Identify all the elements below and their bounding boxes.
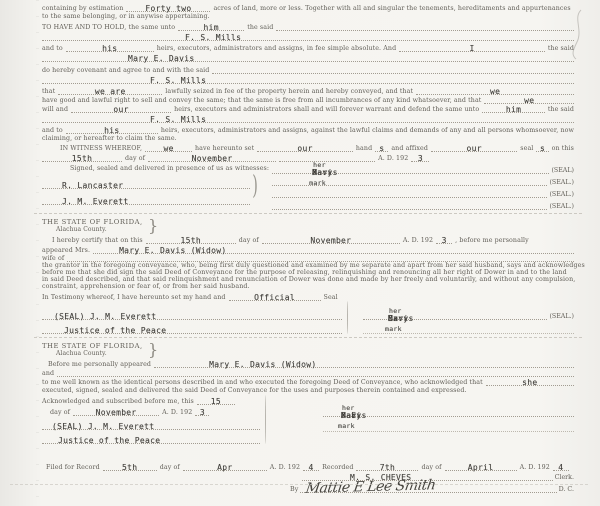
seal-label: (SEAL.) [549,313,574,320]
form-text: IN WITNESS WHEREOF, [60,145,142,152]
form-text: containing by estimation [42,5,123,12]
seal-row-2: (SEAL.) [272,174,574,186]
form-text: and affixed [391,145,428,152]
seal-label: (SEAL.) [549,179,574,186]
certify-line: I hereby certify that on this 15th day o… [42,234,574,244]
typed-grantor-name: Mary E. Davis [128,54,195,63]
column-divider [347,301,348,334]
typed-name: F. S. Mills [150,76,206,85]
blank: we [416,86,574,95]
blank: him [178,22,244,31]
form-text: and to [42,45,63,52]
seal-row-1: Mary her X mark Davis (SEAL) [272,162,574,174]
signature-line: Mary her X mark Davis [272,162,549,174]
form-text: day of [239,237,259,244]
typed-officer-title: Justice of the Peace [58,436,160,445]
dower-acknowledgment-section: THE STATE OF FLORIDA, Alachua County. } … [42,218,574,334]
estimation-line: containing by estimation Forty two acres… [42,3,574,12]
form-text: Acknowledged and subscribed before me, t… [42,398,194,405]
typed-filed-day: 5th [122,463,137,472]
form-text: hand [356,145,372,152]
form-text: Signed, sealed and delivered in presence… [70,165,269,172]
county-label: Alachua County. [56,350,107,357]
blank: 3 [411,153,429,162]
acknowledged-line: Acknowledged and subscribed before me, t… [42,395,260,405]
signature-line [272,186,547,198]
form-text: day of [160,464,180,471]
by-label: By [290,486,298,493]
form-text: acres of land, more or less. Together wi… [213,5,570,12]
form-text: heirs, executors, administrators and ass… [157,45,396,52]
typed-officer: (SEAL) J. M. Everett [54,312,156,321]
right-line: have good and lawful right to sell and c… [42,95,574,104]
form-text: to me well known as the identical person… [42,379,483,386]
blank: we [484,95,574,104]
acres-blank: Forty two [126,3,210,12]
state-label: THE STATE OF FLORIDA, [42,218,143,226]
form-text: day of [50,409,70,416]
form-text: , before me personally [455,237,529,244]
blank: his [66,125,158,134]
signature-line: Justice of the Peace [42,322,342,334]
covenant-line: do hereby covenant and agree to and with… [42,65,574,74]
section-separator [34,213,582,214]
form-text: wife of [42,255,64,262]
maker-sig-row: Mary her Ex mark Davis (SEAL.) [363,308,574,320]
form-text: heirs, executors, administrators and ass… [161,127,574,134]
county-label: Alachua County. [56,226,107,233]
deputy-clerk-signature: Mattie E Lee Smith [305,477,437,496]
before-line: Before me personally appeared Mary E. Da… [42,358,574,368]
form-text: A. D. 192 [520,464,550,471]
typed-witness1: R. Lancaster [62,181,123,190]
venue-brace: } [148,340,158,359]
scan-margin-artifact [36,0,39,506]
clerk-line: M. S. CHEVES Clerk. [42,471,574,481]
blank: 15th [42,153,122,162]
seal-label: (SEAL.) [549,191,574,198]
officer-column: (SEAL) J. M. Everett Justice of the Peac… [42,301,342,334]
maker-column: Mary her X E mark Davis [271,395,574,444]
signature-line [272,198,547,210]
and-line: and [42,369,574,377]
estimation-cont: to the same belonging, or in anywise app… [42,12,574,20]
mark-underline-row [323,420,574,432]
execution-date-line: 15th day of November A. D. 192 3 [42,152,574,162]
signature-line [272,174,547,186]
seals-column: Mary her X mark Davis (SEAL) (SEAL. [260,162,574,210]
signature-line [323,420,574,432]
signature-line: J. M. Everett [42,193,250,205]
signature-line [363,322,574,334]
blank: 15 [197,396,235,405]
blank: November [73,407,159,416]
typed-year: 3 [200,408,205,417]
witnesses-column: Signed, sealed and delivered in presence… [42,162,250,210]
form-text: and [42,370,54,377]
column-divider [265,395,266,444]
officer-sig-row: (SEAL) J. M. Everett [42,308,342,320]
officer-sig-row: (SEAL) J. M. Everett [42,418,260,430]
officer-signature-block: (SEAL) J. M. Everett Justice of the Peac… [42,301,574,334]
typed-recorded-year: 4 [558,463,563,472]
blank: s [536,143,548,152]
venue-block: THE STATE OF FLORIDA, Alachua County. } [42,218,574,234]
filed-for-record-line: Filed for Record 5th day of Apr A. D. 19… [42,460,574,471]
blank: 3 [436,235,452,244]
signature-line: Mary her X E mark Davis [323,405,574,417]
acknowledged-block: Acknowledged and subscribed before me, t… [42,395,574,444]
grantee-name-row: F. S. Mills [42,31,574,41]
form-text: and to [42,127,63,134]
seal-row-3: (SEAL.) [272,186,574,198]
form-text: the said [247,24,273,31]
typed-name: F. S. Mills [150,115,206,124]
form-text: Recorded [322,464,353,471]
form-text: Before me personally appeared [48,361,151,368]
blank [67,253,574,262]
seal-label: (SEAL.) [549,203,574,210]
form-text: A. D. 192 [162,409,192,416]
mark-underline-row [363,322,574,334]
typed-filed-month: Apr [217,463,232,472]
blank: I [399,43,545,52]
blank [212,65,574,74]
blank [276,22,574,31]
to-have-line: TO HAVE AND TO HOLD, the same unto him t… [42,22,574,31]
deed-document: containing by estimation Forty two acres… [42,3,574,493]
grantor-name-row: Mary E. Davis [42,52,574,62]
form-text: I hereby certify that on this [52,237,143,244]
form-text: Filed for Record [46,464,100,471]
scanned-deed-page: containing by estimation Forty two acres… [0,0,600,506]
dc-label: D. C. [559,486,574,493]
form-text: A. D. 192 [403,237,433,244]
heirs-line: and to his heirs, executors, administrat… [42,43,574,52]
form-text: the said [548,106,574,113]
typed-officer-title: Justice of the Peace [64,326,166,335]
form-text: lawfully seized in fee of the property h… [165,88,413,95]
form-text: day of [125,155,145,162]
blank: she [486,377,574,386]
witness-signature-block: Signed, sealed and delivered in presence… [42,162,574,210]
witness2-row: J. M. Everett [42,193,250,205]
execution-acknowledgment-section: THE STATE OF FLORIDA, Alachua County. } … [42,342,574,444]
claims-cont: claiming, or hereafter to claim the same… [42,134,574,142]
signature-line: (SEAL) J. M. Everett [42,308,342,320]
claims-line: and to his heirs, executors, administrat… [42,125,574,134]
form-text: heirs, executors and administrators shal… [174,106,479,113]
witness1-row: R. Lancaster [42,177,250,189]
blank: 4 [553,462,569,471]
seal-row-4: (SEAL.) [272,198,574,210]
blank: our [431,143,517,152]
signature-line: (SEAL) J. M. Everett [42,418,260,430]
blank: November [148,153,276,162]
known-cont: executed, signed, sealed and delivered t… [42,386,574,394]
blank: our [257,143,353,152]
officer-title-row: Justice of the Peace [42,322,342,334]
blank: we [145,143,192,152]
seized-line: that we are lawfully seized in fee of th… [42,86,574,95]
form-text: In Testimony whereof, I have hereunto se… [42,294,226,301]
clerk-label: Clerk. [555,474,574,481]
blank: April [445,462,517,471]
attestation-line: Signed, sealed and delivered in presence… [42,162,250,172]
blank: Mary E. Davis (Widow) [154,359,574,368]
signature-line: Justice of the Peace [42,432,260,444]
typed-month: November [96,408,137,417]
form-text: that [42,88,55,95]
blank: 3 [195,407,209,416]
form-text: Seal [324,294,338,301]
form-text: A. D. 192 [270,464,300,471]
state-label: THE STATE OF FLORIDA, [42,342,143,350]
form-text: have good and lawful right to sell and c… [42,97,481,104]
dower-paragraph-3: in said Deed described, and that said re… [42,276,574,283]
signature-line: R. Lancaster [42,177,250,189]
blank: 15th [146,235,236,244]
known-line: to me well known as the identical person… [42,377,574,386]
warrant-line: will and our heirs, executors and admini… [42,104,574,113]
form-text: claiming, or hereafter to claim the same… [42,135,177,142]
ack-date-line: day of November A. D. 192 3 [42,405,260,416]
maker-sig-row: Mary her X E mark Davis [323,405,574,417]
wife-of-line: wife of [42,254,574,262]
dower-paragraph-1: the grantor in the foregoing conveyance,… [42,262,574,269]
typed-official: Official [254,293,295,302]
blank: his [66,43,154,52]
venue-block: THE STATE OF FLORIDA, Alachua County. } [42,342,574,358]
scan-edge-line [10,484,588,485]
dower-paragraph-4: constraint, apprehension or fear of, or … [42,283,574,290]
typed-officer: (SEAL) J. M. Everett [52,422,154,431]
officer-title-row: Justice of the Peace [42,432,260,444]
form-text: do hereby covenant and agree to and with… [42,67,209,74]
maker-column: Mary her Ex mark Davis (SEAL.) [353,301,574,334]
blank: Official [229,292,321,301]
typed-witness2: J. M. Everett [62,197,129,206]
column-brace: ) [252,173,258,199]
form-text: will and [42,106,68,113]
blank: Apr [183,462,267,471]
venue-brace: } [148,216,158,235]
form-text: executed, signed, sealed and delivered t… [42,387,467,394]
form-text: seal [520,145,533,152]
blank: him [482,104,545,113]
covenant-name-row: F. S. Mills [42,74,574,84]
blank: 7th [356,462,418,471]
form-text: have hereunto set [195,145,254,152]
blank: s [375,143,388,152]
blank: we are [58,86,162,95]
officer-column: Acknowledged and subscribed before me, t… [42,395,260,444]
section-separator [34,337,582,338]
signature-line: Mary her Ex mark Davis [363,308,547,320]
seal-label: (SEAL) [551,167,574,174]
dower-paragraph-2: before me that she did sign the said Dee… [42,269,574,276]
form-text: TO HAVE AND TO HOLD, the same unto [42,24,175,31]
blank: 4 [303,462,319,471]
blank [57,368,574,377]
blank: November [262,235,400,244]
blank [279,153,375,162]
form-text: the said [548,45,574,52]
blank: our [71,104,171,113]
testimony-line: In Testimony whereof, I have hereunto se… [42,291,574,301]
warrant-name-row: F. S. Mills [42,113,574,123]
form-text: A. D. 192 [378,155,408,162]
form-text: on this [552,145,574,152]
in-witness-line: IN WITNESS WHEREOF, we have hereunto set… [42,143,574,152]
blank: 5th [103,462,157,471]
typed-grantee-name: F. S. Mills [185,33,241,42]
form-text: day of [421,464,441,471]
typed-sig-last: Davis [341,411,367,420]
form-text: to the same belonging, or in anywise app… [42,13,210,20]
